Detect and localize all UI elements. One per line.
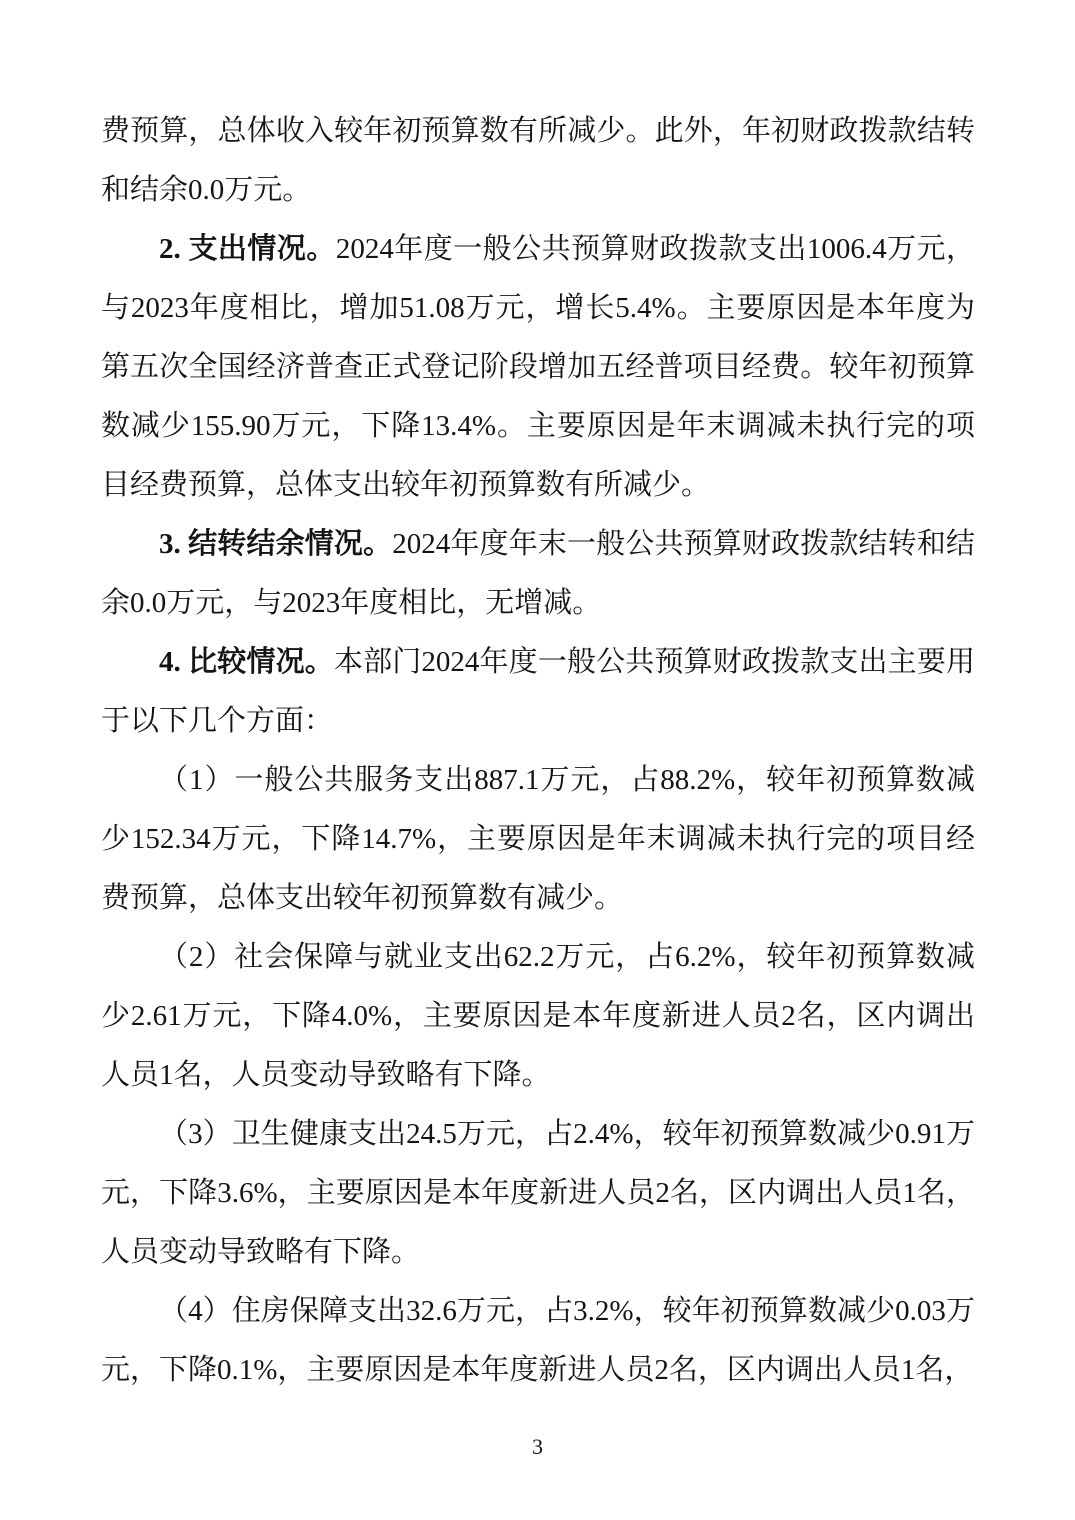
paragraph-text: （1）一般公共服务支出887.1万元，占88.2%，较年初预算数减少152.34… (101, 764, 975, 914)
paragraph-text: 费预算，总体收入较年初预算数有所减少。此外，年初财政拨款结转和结余0.0万元。 (101, 115, 975, 206)
paragraph-item-3: （3）卫生健康支出24.5万元，占2.4%，较年初预算数减少0.91万元，下降3… (101, 1105, 975, 1282)
paragraph-expenditure: 2. 支出情况。2024年度一般公共预算财政拨款支出1006.4万元，与2023… (101, 220, 975, 515)
document-page: 费预算，总体收入较年初预算数有所减少。此外，年初财政拨款结转和结余0.0万元。 … (0, 0, 1075, 1520)
paragraph-lead: 3. 结转结余情况。 (159, 528, 392, 560)
paragraph-continuation: 费预算，总体收入较年初预算数有所减少。此外，年初财政拨款结转和结余0.0万元。 (101, 102, 975, 220)
page-number: 3 (532, 1434, 543, 1459)
paragraph-text: （2）社会保障与就业支出62.2万元，占6.2%，较年初预算数减少2.61万元，… (101, 941, 975, 1091)
document-body: 费预算，总体收入较年初预算数有所减少。此外，年初财政拨款结转和结余0.0万元。 … (101, 102, 975, 1400)
paragraph-text: 2024年度一般公共预算财政拨款支出1006.4万元，与2023年度相比，增加5… (101, 233, 975, 501)
paragraph-text: （4）住房保障支出32.6万元，占3.2%，较年初预算数减少0.03万元，下降0… (101, 1295, 975, 1386)
paragraph-lead: 4. 比较情况。 (159, 646, 334, 678)
paragraph-item-2: （2）社会保障与就业支出62.2万元，占6.2%，较年初预算数减少2.61万元，… (101, 928, 975, 1105)
paragraph-lead: 2. 支出情况。 (159, 233, 336, 265)
paragraph-text: （3）卫生健康支出24.5万元，占2.4%，较年初预算数减少0.91万元，下降3… (101, 1118, 975, 1268)
paragraph-item-1: （1）一般公共服务支出887.1万元，占88.2%，较年初预算数减少152.34… (101, 751, 975, 928)
paragraph-comparison: 4. 比较情况。本部门2024年度一般公共预算财政拨款支出主要用于以下几个方面： (101, 633, 975, 751)
page-footer: 3 (0, 1433, 1075, 1461)
paragraph-item-4: （4）住房保障支出32.6万元，占3.2%，较年初预算数减少0.03万元，下降0… (101, 1282, 975, 1400)
paragraph-carryover: 3. 结转结余情况。2024年度年末一般公共预算财政拨款结转和结余0.0万元，与… (101, 515, 975, 633)
